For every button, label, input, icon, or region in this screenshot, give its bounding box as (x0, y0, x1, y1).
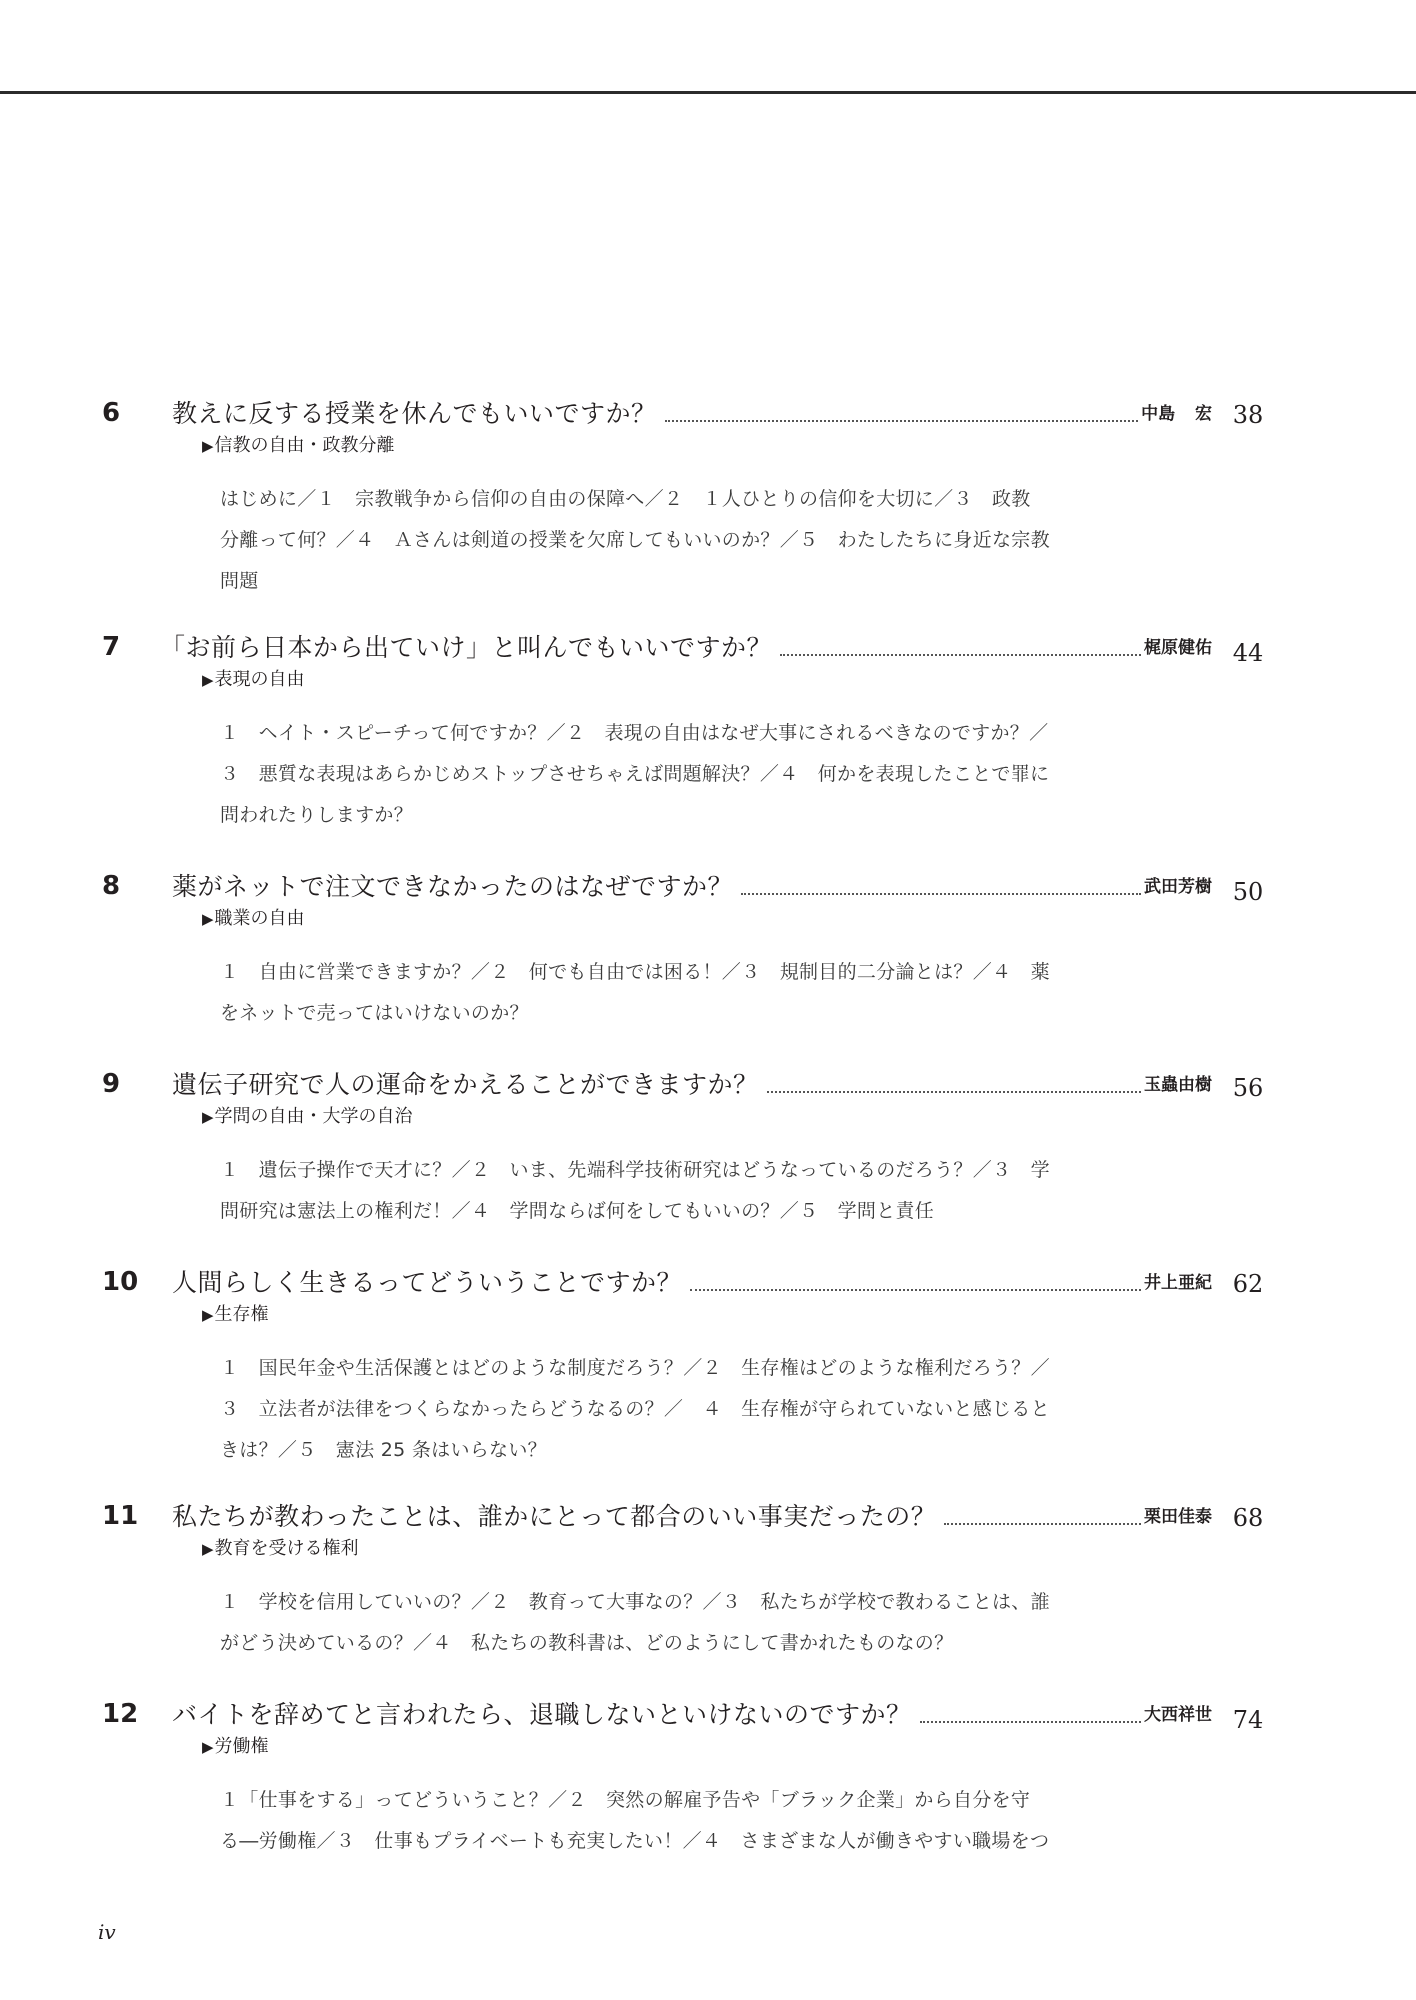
triangle-bullet-icon: ▶ (202, 1306, 214, 1324)
title-row: 遺伝子研究で人の運命をかえることができますか？ 玉蟲由樹 (172, 1066, 1212, 1102)
chapter-author: 玉蟲由樹 (1144, 1068, 1212, 1102)
summary-line: １ 遺伝子操作で天才に？／２ いま、先端科学技術研究はどうなっているのだろう？／… (220, 1150, 1175, 1191)
summary-line: １「仕事をする」ってどういうこと？／２ 突然の解雇予告や「ブラック企業」から自分… (220, 1780, 1175, 1821)
subject-label: 生存権 (215, 1304, 269, 1325)
toc-entry-heading[interactable]: 12 バイトを辞めてと言われたら、退職しないといけないのですか？ 大西祥世 74 (0, 1696, 1416, 1736)
summary-line: 問題 (220, 561, 1175, 602)
summary-line: をネットで売ってはいけないのか？ (220, 993, 1175, 1034)
title-row: 薬がネットで注文できなかったのはなぜですか？ 武田芳樹 (172, 868, 1212, 904)
summary-line: がどう決めているの？／４ 私たちの教科書は、どのようにして書かれたものなの？ (220, 1623, 1175, 1664)
chapter-title[interactable]: 薬がネットで注文できなかったのはなぜですか？ (172, 870, 733, 904)
chapter-subject: ▶信教の自由・政教分離 (202, 433, 395, 459)
chapter-number: 9 (102, 1068, 120, 1100)
page-number[interactable]: 74 (1228, 1702, 1268, 1738)
subject-label: 学問の自由・大学の自治 (215, 1106, 413, 1127)
chapter-summary: はじめに／１ 宗教戦争から信仰の自由の保障へ／２ １人ひとりの信仰を大切に／３ … (220, 479, 1175, 602)
chapter-title[interactable]: 遺伝子研究で人の運命をかえることができますか？ (172, 1068, 759, 1102)
summary-line: １ 自由に営業できますか？／２ 何でも自由では困る！／３ 規制目的二分論とは？／… (220, 952, 1175, 993)
triangle-bullet-icon: ▶ (202, 910, 214, 928)
summary-line: 問研究は憲法上の権利だ！／４ 学問ならば何をしてもいいの？／５ 学問と責任 (220, 1191, 1175, 1232)
chapter-subject: ▶学問の自由・大学の自治 (202, 1104, 413, 1130)
title-row: 教えに反する授業を休んでもいいですか？ 中島 宏 (172, 395, 1212, 431)
page-number[interactable]: 38 (1228, 397, 1268, 433)
summary-line: １ 学校を信用していいの？／２ 教育って大事なの？／３ 私たちが学校で教わること… (220, 1582, 1175, 1623)
chapter-author: 井上亜紀 (1144, 1266, 1212, 1300)
dot-leader (767, 1091, 1141, 1093)
subject-label: 教育を受ける権利 (215, 1538, 359, 1559)
chapter-summary: １ 国民年金や生活保護とはどのような制度だろう？／２ 生存権はどのような権利だろ… (220, 1348, 1175, 1471)
toc-entry-heading[interactable]: 7 「お前ら日本から出ていけ」と叫んでもいいですか？ 梶原健佑 44 (0, 629, 1416, 669)
triangle-bullet-icon: ▶ (202, 437, 214, 455)
triangle-bullet-icon: ▶ (202, 671, 214, 689)
chapter-author: 栗田佳泰 (1144, 1500, 1212, 1534)
summary-line: 問われたりしますか？ (220, 795, 1175, 836)
page-number[interactable]: 56 (1228, 1070, 1268, 1106)
chapter-subject: ▶職業の自由 (202, 906, 305, 932)
page-folio: iv (98, 1920, 116, 1944)
chapter-title[interactable]: 私たちが教わったことは、誰かにとって都合のいい事実だったの？ (172, 1500, 936, 1534)
chapter-subject: ▶表現の自由 (202, 667, 305, 693)
chapter-summary: １「仕事をする」ってどういうこと？／２ 突然の解雇予告や「ブラック企業」から自分… (220, 1780, 1175, 1862)
title-row: バイトを辞めてと言われたら、退職しないといけないのですか？ 大西祥世 (172, 1696, 1212, 1732)
summary-line: １ ヘイト・スピーチって何ですか？／２ 表現の自由はなぜ大事にされるべきなのです… (220, 713, 1175, 754)
chapter-author: 大西祥世 (1144, 1698, 1212, 1732)
page-number[interactable]: 50 (1228, 874, 1268, 910)
chapter-author: 中島 宏 (1141, 397, 1212, 431)
page-number[interactable]: 62 (1228, 1266, 1268, 1302)
dot-leader (920, 1721, 1141, 1723)
toc-entry-heading[interactable]: 11 私たちが教わったことは、誰かにとって都合のいい事実だったの？ 栗田佳泰 6… (0, 1498, 1416, 1538)
chapter-summary: １ 自由に営業できますか？／２ 何でも自由では困る！／３ 規制目的二分論とは？／… (220, 952, 1175, 1034)
subject-label: 信教の自由・政教分離 (215, 435, 395, 456)
toc-entry-heading[interactable]: 10 人間らしく生きるってどういうことですか？ 井上亜紀 62 (0, 1264, 1416, 1304)
chapter-title[interactable]: 「お前ら日本から出ていけ」と叫んでもいいですか？ (160, 631, 772, 665)
dot-leader (690, 1289, 1141, 1291)
dot-leader (665, 420, 1139, 422)
dot-leader (780, 654, 1141, 656)
chapter-title[interactable]: 人間らしく生きるってどういうことですか？ (172, 1266, 682, 1300)
subject-label: 労働権 (215, 1736, 269, 1757)
chapter-subject: ▶労働権 (202, 1734, 269, 1760)
summary-line: １ 国民年金や生活保護とはどのような制度だろう？／２ 生存権はどのような権利だろ… (220, 1348, 1175, 1389)
chapter-author: 武田芳樹 (1144, 870, 1212, 904)
page-number[interactable]: 44 (1228, 635, 1268, 671)
chapter-summary: １ 学校を信用していいの？／２ 教育って大事なの？／３ 私たちが学校で教わること… (220, 1582, 1175, 1664)
chapter-summary: １ 遺伝子操作で天才に？／２ いま、先端科学技術研究はどうなっているのだろう？／… (220, 1150, 1175, 1232)
title-row: 私たちが教わったことは、誰かにとって都合のいい事実だったの？ 栗田佳泰 (172, 1498, 1212, 1534)
triangle-bullet-icon: ▶ (202, 1738, 214, 1756)
chapter-number: 11 (102, 1500, 138, 1532)
chapter-number: 8 (102, 870, 120, 902)
chapter-number: 7 (102, 631, 120, 663)
chapter-summary: １ ヘイト・スピーチって何ですか？／２ 表現の自由はなぜ大事にされるべきなのです… (220, 713, 1175, 836)
chapter-number: 12 (102, 1698, 138, 1730)
subject-label: 表現の自由 (215, 669, 305, 690)
summary-line: ３ 悪質な表現はあらかじめストップさせちゃえば問題解決？／４ 何かを表現したこと… (220, 754, 1175, 795)
dot-leader (741, 893, 1141, 895)
summary-line: きは？／５ 憲法 25 条はいらない？ (220, 1430, 1175, 1471)
title-row: 人間らしく生きるってどういうことですか？ 井上亜紀 (172, 1264, 1212, 1300)
header-rule (0, 91, 1416, 94)
chapter-subject: ▶生存権 (202, 1302, 269, 1328)
summary-line: はじめに／１ 宗教戦争から信仰の自由の保障へ／２ １人ひとりの信仰を大切に／３ … (220, 479, 1175, 520)
triangle-bullet-icon: ▶ (202, 1108, 214, 1126)
toc-entry-heading[interactable]: 6 教えに反する授業を休んでもいいですか？ 中島 宏 38 (0, 395, 1416, 435)
chapter-title[interactable]: 教えに反する授業を休んでもいいですか？ (172, 397, 657, 431)
summary-line: ３ 立法者が法律をつくらなかったらどうなるの？／ ４ 生存権が守られていないと感… (220, 1389, 1175, 1430)
title-row: 「お前ら日本から出ていけ」と叫んでもいいですか？ 梶原健佑 (172, 629, 1212, 665)
subject-label: 職業の自由 (215, 908, 305, 929)
triangle-bullet-icon: ▶ (202, 1540, 214, 1558)
chapter-title[interactable]: バイトを辞めてと言われたら、退職しないといけないのですか？ (172, 1698, 912, 1732)
summary-line: る―労働権／３ 仕事もプライベートも充実したい！／４ さまざまな人が働きやすい職… (220, 1821, 1175, 1862)
toc-entry-heading[interactable]: 9 遺伝子研究で人の運命をかえることができますか？ 玉蟲由樹 56 (0, 1066, 1416, 1106)
chapter-number: 6 (102, 397, 120, 429)
toc-entry-heading[interactable]: 8 薬がネットで注文できなかったのはなぜですか？ 武田芳樹 50 (0, 868, 1416, 908)
chapter-author: 梶原健佑 (1144, 631, 1212, 665)
dot-leader (944, 1523, 1141, 1525)
chapter-number: 10 (102, 1266, 138, 1298)
page-number[interactable]: 68 (1228, 1500, 1268, 1536)
chapter-subject: ▶教育を受ける権利 (202, 1536, 359, 1562)
summary-line: 分離って何？／４ Ａさんは剣道の授業を欠席してもいいのか？／５ わたしたちに身近… (220, 520, 1175, 561)
